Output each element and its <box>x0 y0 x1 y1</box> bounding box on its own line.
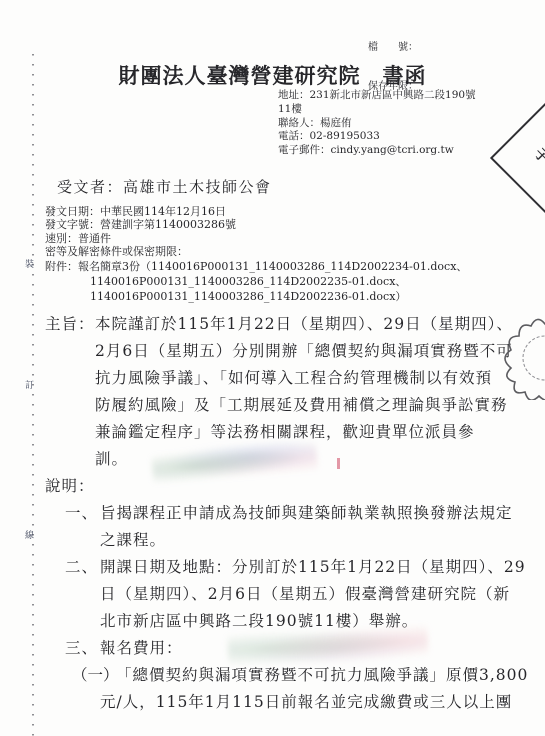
file-number-label: 檔 號： <box>368 41 418 54</box>
binding-mark-ding: 訂 <box>25 382 34 391</box>
explanation-subitem-1-line-2: 元/人，115年1月115日前報名並完成繳費或三人以上團 <box>45 689 523 716</box>
binding-mark-zhuang: 裝 <box>25 261 34 270</box>
document-meta-block: 發文日期：中華民國114年12月16日 發文字號：營建訓字第1140003286… <box>45 205 467 304</box>
doc-number: 發文字號：營建訓字第1140003286號 <box>45 218 467 231</box>
explanation-item-1-line-1: 一、旨揭課程正申請成為技師與建築師執業執照換發辦法規定 <box>45 500 523 527</box>
attachment-line-3: 1140016P000131_1140003286_114D2002236-01… <box>45 289 467 304</box>
item-3-text-1: 報名費用： <box>100 639 183 657</box>
item-2-number: 二、 <box>65 554 100 581</box>
sender-contact-block: 地址：231新北市新店區中興路二段190號 11樓 聯絡人：楊庭侑 電話：02-… <box>278 89 476 158</box>
attachment-line-2: 1140016P000131_1140003286_114D2002235-01… <box>45 274 467 289</box>
scalloped-seal-stamp <box>503 316 545 400</box>
explanation-item-1-line-2: 之課程。 <box>45 527 523 554</box>
subject-text-1: 本院謹訂於115年1月22日（星期四）、29日（星期四）、 <box>95 315 513 333</box>
subject-label: 主旨： <box>45 311 95 338</box>
sender-phone: 電話：02-89195033 <box>278 130 476 144</box>
item-1-text-1: 旨揭課程正申請成為技師與建築師執業執照換發辦法規定 <box>100 504 513 522</box>
scanned-letter-page: 裝 訂 線 檔 號： 保存年限： 財團法人臺灣營建研究院 書函 地址：231新北… <box>0 0 545 736</box>
exchange-stamp-text-col1: 電子 <box>528 131 545 168</box>
sender-address-line2: 11樓 <box>278 103 476 117</box>
binding-dotted-line <box>32 54 34 736</box>
sender-address-line1: 地址：231新北市新店區中興路二段190號 <box>278 89 476 103</box>
sender-contact-person: 聯絡人：楊庭侑 <box>278 117 476 131</box>
subitem-1-number: （一） <box>72 662 116 689</box>
recipient-line: 受文者：高雄市土木技師公會 <box>57 176 272 197</box>
binding-mark-xian: 線 <box>25 532 34 541</box>
subitem-1-text-1: 「總價契約與漏項實務暨不可抗力風險爭議」原價3,800 <box>116 666 528 684</box>
subject-line-2: 2月6日（星期五）分別開辦「總價契約與漏項實務暨不可 <box>45 338 523 365</box>
explanation-label: 說明： <box>45 473 523 500</box>
red-ink-tick <box>337 458 340 469</box>
sender-email: 電子郵件：cindy.yang@tcri.org.tw <box>278 144 476 158</box>
issue-date: 發文日期：中華民國114年12月16日 <box>45 205 467 218</box>
electronic-exchange-stamp: 電子 交換 <box>490 93 545 223</box>
item-3-number: 三、 <box>65 635 100 662</box>
subject-line-1: 主旨：本院謹訂於115年1月22日（星期四）、29日（星期四）、 <box>45 311 523 338</box>
security-classification: 密等及解密條件或保密期限： <box>45 245 467 258</box>
subject-line-4: 防履約風險」及「工期展延及費用補償之理論與爭訟實務 <box>45 392 523 419</box>
item-1-number: 一、 <box>65 500 100 527</box>
explanation-item-2-line-1: 二、開課日期及地點：分別訂於115年1月22日（星期四）、29 <box>45 554 523 581</box>
subject-line-3: 抗力風險爭議」、「如何導入工程合約管理機制以有效預 <box>45 365 523 392</box>
item-2-text-1: 開課日期及地點：分別訂於115年1月22日（星期四）、29 <box>100 558 526 576</box>
explanation-item-2-line-2: 日（星期四）、2月6日（星期五）假臺灣營建研究院（新 <box>45 581 523 608</box>
priority-level: 速別：普通件 <box>45 232 467 245</box>
attachment-line-1: 附件：報名簡章3份（1140016P000131_1140003286_114D… <box>45 259 467 274</box>
document-title: 財團法人臺灣營建研究院 書函 <box>0 60 545 90</box>
